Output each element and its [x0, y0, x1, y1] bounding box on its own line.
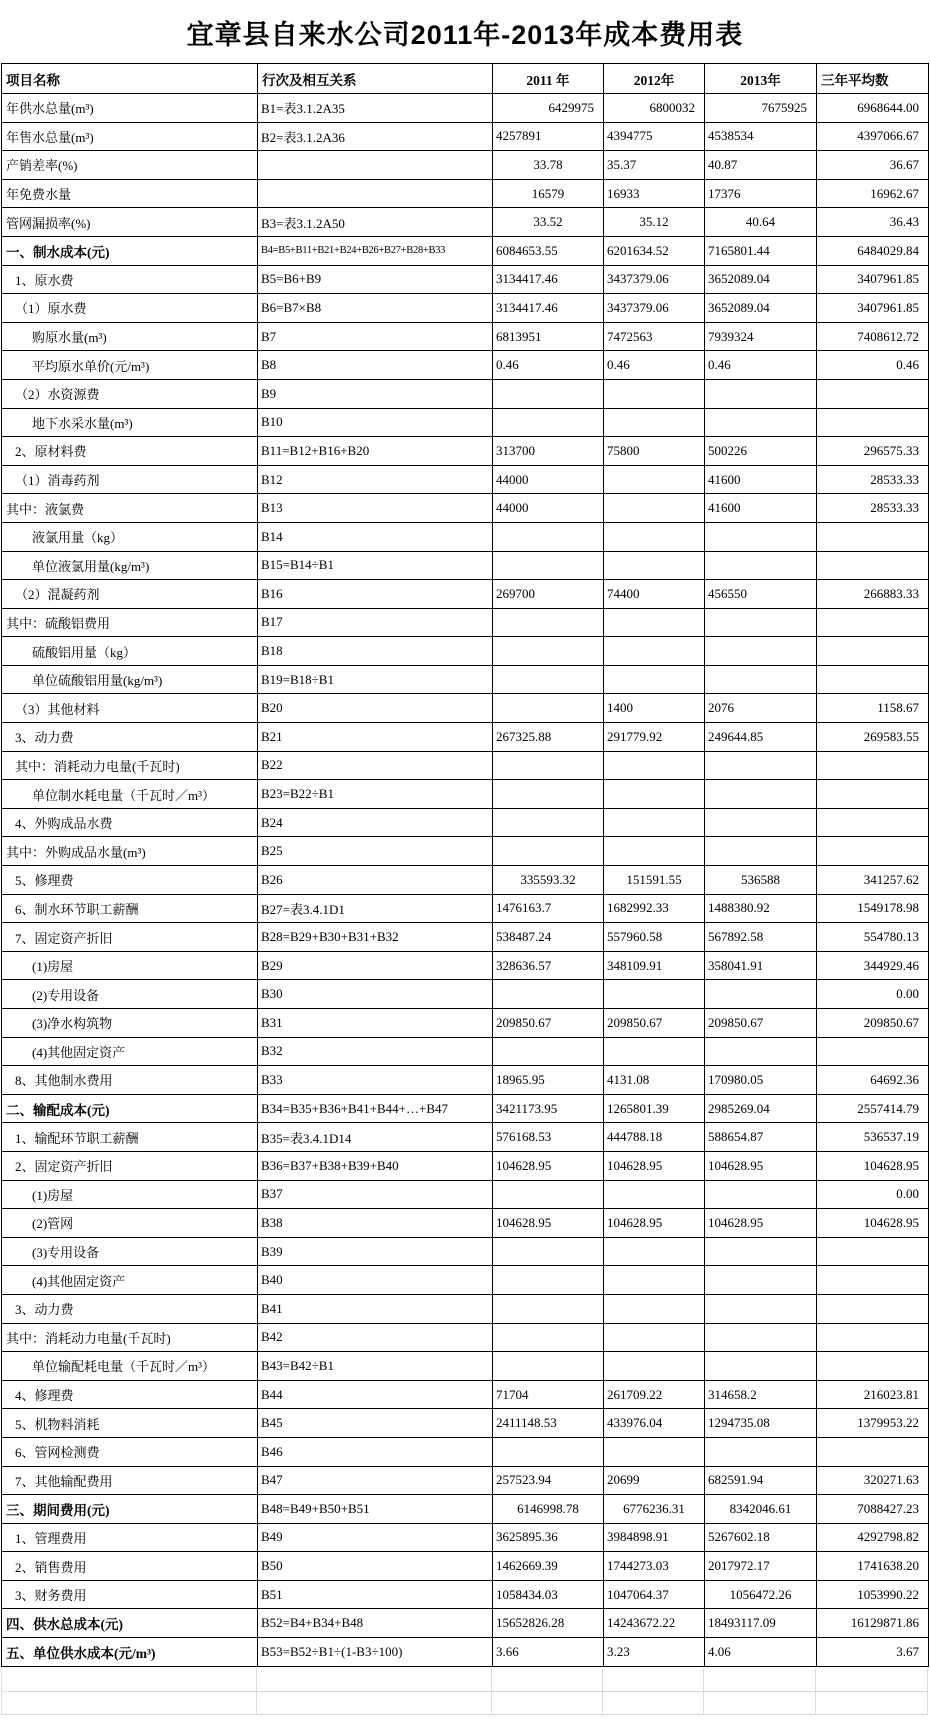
table-row: 2、销售费用B501462669.391744273.032017972.171…: [2, 1552, 929, 1581]
formula-cell: B36=B37+B38+B39+B40: [258, 1151, 493, 1180]
item-name-cell: (1)房屋: [2, 951, 258, 980]
value-2011-cell: 335593.32: [493, 866, 604, 895]
value-2012-cell: 291779.92: [604, 723, 705, 752]
formula-cell: B40: [258, 1266, 493, 1295]
formula-cell: B2=表3.1.2A36: [258, 122, 493, 151]
value-2011-cell: [493, 665, 604, 694]
value-2012-cell: [604, 665, 705, 694]
value-2011-cell: 313700: [493, 437, 604, 466]
table-row: 4、修理费B4471704261709.22314658.2216023.81: [2, 1380, 929, 1409]
average-cell: 7408612.72: [817, 322, 929, 351]
item-name-cell: 单位液氯用量(kg/m³): [2, 551, 258, 580]
value-2011-cell: 538487.24: [493, 923, 604, 952]
formula-cell: B13: [258, 494, 493, 523]
average-cell: 1741638.20: [817, 1552, 929, 1581]
value-2013-cell: 3652089.04: [705, 265, 817, 294]
formula-cell: B53=B52÷B1÷(1-B3÷100): [258, 1638, 493, 1667]
formula-cell: B6=B7×B8: [258, 294, 493, 323]
table-row: 其中：液氯费B13440004160028533.33: [2, 494, 929, 523]
value-2012-cell: [604, 1437, 705, 1466]
average-cell: [817, 1437, 929, 1466]
table-row: 三、期间费用(元)B48=B49+B50+B516146998.78677623…: [2, 1495, 929, 1524]
formula-cell: B27=表3.4.1D1: [258, 894, 493, 923]
value-2012-cell: 75800: [604, 437, 705, 466]
formula-cell: [258, 179, 493, 208]
item-name-cell: 3、动力费: [2, 723, 258, 752]
formula-cell: B48=B49+B50+B51: [258, 1495, 493, 1524]
value-2012-cell: 444788.18: [604, 1123, 705, 1152]
table-row: 1、原水费B5=B6+B93134417.463437379.063652089…: [2, 265, 929, 294]
average-cell: 269583.55: [817, 723, 929, 752]
value-2013-cell: [705, 408, 817, 437]
value-2012-cell: 6800032: [604, 94, 705, 123]
empty-cell: [1, 1669, 257, 1692]
value-2011-cell: [493, 1437, 604, 1466]
average-cell: 64692.36: [817, 1066, 929, 1095]
value-2013-cell: 314658.2: [705, 1380, 817, 1409]
empty-cell: [257, 1669, 492, 1692]
formula-cell: B23=B22÷B1: [258, 780, 493, 809]
table-row: 6、制水环节职工薪酬B27=表3.4.1D11476163.71682992.3…: [2, 894, 929, 923]
value-2011-cell: [493, 608, 604, 637]
column-header: 2013年: [705, 64, 817, 94]
average-cell: 36.43: [817, 208, 929, 237]
formula-cell: B35=表3.4.1D14: [258, 1123, 493, 1152]
item-name-cell: 2、固定资产折旧: [2, 1151, 258, 1180]
value-2013-cell: 8342046.61: [705, 1495, 817, 1524]
formula-cell: B10: [258, 408, 493, 437]
empty-cell: [257, 1692, 492, 1715]
empty-row: [1, 1692, 928, 1715]
table-row: 7、固定资产折旧B28=B29+B30+B31+B32538487.245579…: [2, 923, 929, 952]
value-2013-cell: 40.87: [705, 151, 817, 180]
value-2011-cell: 1058434.03: [493, 1580, 604, 1609]
formula-cell: B14: [258, 522, 493, 551]
table-row: 1、管理费用B493625895.363984898.915267602.184…: [2, 1523, 929, 1552]
value-2012-cell: 151591.55: [604, 866, 705, 895]
value-2012-cell: 4394775: [604, 122, 705, 151]
empty-grid-rows: [1, 1669, 928, 1715]
average-cell: [817, 780, 929, 809]
value-2012-cell: 0.46: [604, 351, 705, 380]
value-2013-cell: 358041.91: [705, 951, 817, 980]
value-2011-cell: 4257891: [493, 122, 604, 151]
value-2012-cell: 6776236.31: [604, 1495, 705, 1524]
average-cell: 6484029.84: [817, 236, 929, 265]
average-cell: 36.67: [817, 151, 929, 180]
item-name-cell: 单位制水耗电量（千瓦时／m³）: [2, 780, 258, 809]
value-2013-cell: [705, 379, 817, 408]
empty-cell: [492, 1669, 603, 1692]
value-2013-cell: [705, 1037, 817, 1066]
value-2013-cell: 41600: [705, 465, 817, 494]
value-2011-cell: [493, 637, 604, 666]
formula-cell: B29: [258, 951, 493, 980]
value-2012-cell: 74400: [604, 580, 705, 609]
average-cell: [817, 522, 929, 551]
formula-cell: B42: [258, 1323, 493, 1352]
item-name-cell: 平均原水单价(元/m³): [2, 351, 258, 380]
table-row: 8、其他制水费用B3318965.954131.08170980.0564692…: [2, 1066, 929, 1095]
average-cell: 209850.67: [817, 1009, 929, 1038]
value-2011-cell: 328636.57: [493, 951, 604, 980]
average-cell: [817, 1266, 929, 1295]
item-name-cell: (1)房屋: [2, 1180, 258, 1209]
table-row: (4)其他固定资产B32: [2, 1037, 929, 1066]
value-2012-cell: [604, 1237, 705, 1266]
table-row: (4)其他固定资产B40: [2, 1266, 929, 1295]
average-cell: 554780.13: [817, 923, 929, 952]
item-name-cell: 五、单位供水成本(元/m³): [2, 1638, 258, 1667]
formula-cell: [258, 151, 493, 180]
value-2011-cell: 6084653.55: [493, 236, 604, 265]
item-name-cell: 3、动力费: [2, 1294, 258, 1323]
value-2013-cell: 5267602.18: [705, 1523, 817, 1552]
table-row: 单位硫酸铝用量(kg/m³)B19=B18÷B1: [2, 665, 929, 694]
value-2011-cell: 3421173.95: [493, 1094, 604, 1123]
formula-cell: B1=表3.1.2A35: [258, 94, 493, 123]
value-2013-cell: [705, 637, 817, 666]
value-2011-cell: 3625895.36: [493, 1523, 604, 1552]
item-name-cell: 四、供水总成本(元): [2, 1609, 258, 1638]
average-cell: [817, 1323, 929, 1352]
value-2011-cell: 6813951: [493, 322, 604, 351]
item-name-cell: 年售水总量(m³): [2, 122, 258, 151]
average-cell: [817, 1352, 929, 1381]
value-2013-cell: [705, 780, 817, 809]
table-row: (3)专用设备B39: [2, 1237, 929, 1266]
value-2013-cell: 3652089.04: [705, 294, 817, 323]
table-row: 其中：硫酸铝费用B17: [2, 608, 929, 637]
empty-cell: [704, 1669, 816, 1692]
table-row: 年免费水量16579169331737616962.67: [2, 179, 929, 208]
formula-cell: B41: [258, 1294, 493, 1323]
average-cell: 1053990.22: [817, 1580, 929, 1609]
formula-cell: B7: [258, 322, 493, 351]
average-cell: 3407961.85: [817, 294, 929, 323]
formula-cell: B19=B18÷B1: [258, 665, 493, 694]
value-2013-cell: 17376: [705, 179, 817, 208]
value-2011-cell: [493, 522, 604, 551]
value-2011-cell: [493, 837, 604, 866]
table-row: (2)管网B38104628.95104628.95104628.9510462…: [2, 1209, 929, 1238]
value-2011-cell: [493, 408, 604, 437]
item-name-cell: 三、期间费用(元): [2, 1495, 258, 1524]
header-row: 项目名称行次及相互关系2011 年2012年2013年三年平均数: [2, 64, 929, 94]
formula-cell: B45: [258, 1409, 493, 1438]
value-2011-cell: 16579: [493, 179, 604, 208]
value-2012-cell: [604, 1266, 705, 1295]
item-name-cell: 单位硫酸铝用量(kg/m³): [2, 665, 258, 694]
average-cell: 341257.62: [817, 866, 929, 895]
table-row: （3）其他材料B20140020761158.67: [2, 694, 929, 723]
table-row: 一、制水成本(元)B4=B5+B11+B21+B24+B26+B27+B28+B…: [2, 236, 929, 265]
table-row: (1)房屋B370.00: [2, 1180, 929, 1209]
formula-cell: B12: [258, 465, 493, 494]
empty-cell: [704, 1692, 816, 1715]
item-name-cell: 地下水采水量(m³): [2, 408, 258, 437]
value-2012-cell: 209850.67: [604, 1009, 705, 1038]
table-row: 5、机物料消耗B452411148.53433976.041294735.081…: [2, 1409, 929, 1438]
table-row: 单位输配耗电量（千瓦时／m³）B43=B42÷B1: [2, 1352, 929, 1381]
column-header: 三年平均数: [817, 64, 929, 94]
table-row: （2）混凝药剂B1626970074400456550266883.33: [2, 580, 929, 609]
item-name-cell: 其中：外购成品水量(m³): [2, 837, 258, 866]
value-2012-cell: [604, 1294, 705, 1323]
item-name-cell: （2）水资源费: [2, 379, 258, 408]
item-name-cell: 二、输配成本(元): [2, 1094, 258, 1123]
value-2011-cell: 1476163.7: [493, 894, 604, 923]
table-row: 年供水总量(m³)B1=表3.1.2A356429975680003276759…: [2, 94, 929, 123]
value-2013-cell: [705, 1180, 817, 1209]
item-name-cell: 1、原水费: [2, 265, 258, 294]
value-2011-cell: [493, 808, 604, 837]
item-name-cell: 2、销售费用: [2, 1552, 258, 1581]
formula-cell: B44: [258, 1380, 493, 1409]
formula-cell: B5=B6+B9: [258, 265, 493, 294]
average-cell: 0.00: [817, 1180, 929, 1209]
average-cell: 3.67: [817, 1638, 929, 1667]
value-2013-cell: [705, 1294, 817, 1323]
average-cell: 4292798.82: [817, 1523, 929, 1552]
value-2012-cell: 557960.58: [604, 923, 705, 952]
value-2013-cell: 500226: [705, 437, 817, 466]
average-cell: [817, 637, 929, 666]
value-2013-cell: 7675925: [705, 94, 817, 123]
value-2011-cell: [493, 1237, 604, 1266]
value-2013-cell: [705, 751, 817, 780]
table-row: 二、输配成本(元)B34=B35+B36+B41+B44+…+B47342117…: [2, 1094, 929, 1123]
empty-cell: [1, 1692, 257, 1715]
table-row: 3、财务费用B511058434.031047064.371056472.261…: [2, 1580, 929, 1609]
item-name-cell: 液氯用量（kg）: [2, 522, 258, 551]
item-name-cell: 产销差率(%): [2, 151, 258, 180]
table-row: 3、动力费B21267325.88291779.92249644.8526958…: [2, 723, 929, 752]
item-name-cell: 6、管网检测费: [2, 1437, 258, 1466]
formula-cell: B9: [258, 379, 493, 408]
average-cell: 1379953.22: [817, 1409, 929, 1438]
value-2012-cell: [604, 751, 705, 780]
value-2013-cell: [705, 837, 817, 866]
value-2012-cell: 4131.08: [604, 1066, 705, 1095]
table-row: (2)专用设备B300.00: [2, 980, 929, 1009]
average-cell: 2557414.79: [817, 1094, 929, 1123]
value-2011-cell: 6146998.78: [493, 1495, 604, 1524]
item-name-cell: 1、输配环节职工薪酬: [2, 1123, 258, 1152]
value-2011-cell: [493, 379, 604, 408]
value-2013-cell: [705, 608, 817, 637]
value-2011-cell: 3134417.46: [493, 265, 604, 294]
average-cell: [817, 408, 929, 437]
value-2012-cell: 35.12: [604, 208, 705, 237]
value-2011-cell: 257523.94: [493, 1466, 604, 1495]
value-2012-cell: 104628.95: [604, 1151, 705, 1180]
average-cell: 296575.33: [817, 437, 929, 466]
table-row: 液氯用量（kg）B14: [2, 522, 929, 551]
table-row: 地下水采水量(m³)B10: [2, 408, 929, 437]
table-row: 3、动力费B41: [2, 1294, 929, 1323]
value-2013-cell: 104628.95: [705, 1209, 817, 1238]
value-2011-cell: 1462669.39: [493, 1552, 604, 1581]
value-2012-cell: 20699: [604, 1466, 705, 1495]
value-2011-cell: 0.46: [493, 351, 604, 380]
value-2011-cell: 6429975: [493, 94, 604, 123]
value-2012-cell: [604, 837, 705, 866]
value-2013-cell: [705, 980, 817, 1009]
average-cell: [817, 1037, 929, 1066]
value-2012-cell: [604, 379, 705, 408]
value-2013-cell: 18493117.09: [705, 1609, 817, 1638]
average-cell: 6968644.00: [817, 94, 929, 123]
value-2012-cell: 104628.95: [604, 1209, 705, 1238]
value-2012-cell: 1400: [604, 694, 705, 723]
value-2012-cell: [604, 980, 705, 1009]
value-2011-cell: 2411148.53: [493, 1409, 604, 1438]
value-2013-cell: [705, 1323, 817, 1352]
average-cell: 344929.46: [817, 951, 929, 980]
formula-cell: B33: [258, 1066, 493, 1095]
value-2013-cell: [705, 665, 817, 694]
table-row: 四、供水总成本(元)B52=B4+B34+B4815652826.2814243…: [2, 1609, 929, 1638]
item-name-cell: 4、修理费: [2, 1380, 258, 1409]
value-2011-cell: 3134417.46: [493, 294, 604, 323]
value-2013-cell: 7939324: [705, 322, 817, 351]
formula-cell: B39: [258, 1237, 493, 1266]
empty-cell: [816, 1669, 928, 1692]
average-cell: 16962.67: [817, 179, 929, 208]
value-2013-cell: 2985269.04: [705, 1094, 817, 1123]
average-cell: 536537.19: [817, 1123, 929, 1152]
average-cell: 0.00: [817, 980, 929, 1009]
average-cell: 28533.33: [817, 494, 929, 523]
average-cell: [817, 1294, 929, 1323]
table-row: 单位制水耗电量（千瓦时／m³）B23=B22÷B1: [2, 780, 929, 809]
average-cell: 104628.95: [817, 1209, 929, 1238]
value-2013-cell: 104628.95: [705, 1151, 817, 1180]
value-2013-cell: 41600: [705, 494, 817, 523]
table-row: 1、输配环节职工薪酬B35=表3.4.1D14576168.53444788.1…: [2, 1123, 929, 1152]
average-cell: 1158.67: [817, 694, 929, 723]
value-2011-cell: [493, 1180, 604, 1209]
item-name-cell: 8、其他制水费用: [2, 1066, 258, 1095]
item-name-cell: 5、机物料消耗: [2, 1409, 258, 1438]
item-name-cell: 7、固定资产折旧: [2, 923, 258, 952]
item-name-cell: 2、原材料费: [2, 437, 258, 466]
average-cell: 16129871.86: [817, 1609, 929, 1638]
average-cell: 266883.33: [817, 580, 929, 609]
cost-table: 项目名称行次及相互关系2011 年2012年2013年三年平均数 年供水总量(m…: [1, 63, 929, 1667]
value-2013-cell: 682591.94: [705, 1466, 817, 1495]
average-cell: [817, 665, 929, 694]
page-title: 宜章县自来水公司2011年-2013年成本费用表: [0, 0, 930, 63]
value-2011-cell: 33.78: [493, 151, 604, 180]
formula-cell: B43=B42÷B1: [258, 1352, 493, 1381]
value-2012-cell: 35.37: [604, 151, 705, 180]
value-2011-cell: 104628.95: [493, 1209, 604, 1238]
formula-cell: B17: [258, 608, 493, 637]
value-2012-cell: [604, 1180, 705, 1209]
formula-cell: B50: [258, 1552, 493, 1581]
item-name-cell: 一、制水成本(元): [2, 236, 258, 265]
formula-cell: B34=B35+B36+B41+B44+…+B47: [258, 1094, 493, 1123]
value-2011-cell: 15652826.28: [493, 1609, 604, 1638]
empty-cell: [492, 1692, 603, 1715]
value-2012-cell: [604, 408, 705, 437]
formula-cell: B15=B14÷B1: [258, 551, 493, 580]
table-row: 单位液氯用量(kg/m³)B15=B14÷B1: [2, 551, 929, 580]
value-2012-cell: 261709.22: [604, 1380, 705, 1409]
table-row: (3)净水构筑物B31209850.67209850.67209850.6720…: [2, 1009, 929, 1038]
value-2012-cell: [604, 465, 705, 494]
item-name-cell: (4)其他固定资产: [2, 1037, 258, 1066]
value-2013-cell: 249644.85: [705, 723, 817, 752]
value-2012-cell: [604, 808, 705, 837]
column-header: 2012年: [604, 64, 705, 94]
value-2011-cell: 3.66: [493, 1638, 604, 1667]
formula-cell: B24: [258, 808, 493, 837]
empty-cell: [816, 1692, 928, 1715]
table-row: 产销差率(%)33.7835.3740.8736.67: [2, 151, 929, 180]
item-name-cell: 6、制水环节职工薪酬: [2, 894, 258, 923]
value-2013-cell: [705, 1237, 817, 1266]
table-row: 其中：消耗动力电量(千瓦时)B42: [2, 1323, 929, 1352]
table-row: 7、其他输配费用B47257523.9420699682591.94320271…: [2, 1466, 929, 1495]
table-row: （1）原水费B6=B7×B83134417.463437379.06365208…: [2, 294, 929, 323]
value-2011-cell: 269700: [493, 580, 604, 609]
table-row: 硫酸铝用量（kg）B18: [2, 637, 929, 666]
value-2011-cell: 33.52: [493, 208, 604, 237]
formula-cell: B4=B5+B11+B21+B24+B26+B27+B28+B33: [258, 236, 493, 265]
column-header: 行次及相互关系: [258, 64, 493, 94]
value-2013-cell: 1294735.08: [705, 1409, 817, 1438]
value-2013-cell: 170980.05: [705, 1066, 817, 1095]
value-2011-cell: [493, 1266, 604, 1295]
formula-cell: B30: [258, 980, 493, 1009]
value-2012-cell: 16933: [604, 179, 705, 208]
value-2012-cell: 3.23: [604, 1638, 705, 1667]
value-2011-cell: [493, 694, 604, 723]
value-2013-cell: 1488380.92: [705, 894, 817, 923]
average-cell: [817, 751, 929, 780]
value-2011-cell: 18965.95: [493, 1066, 604, 1095]
average-cell: 3407961.85: [817, 265, 929, 294]
item-name-cell: (2)管网: [2, 1209, 258, 1238]
table-row: 2、固定资产折旧B36=B37+B38+B39+B40104628.951046…: [2, 1151, 929, 1180]
value-2011-cell: [493, 980, 604, 1009]
empty-cell: [603, 1669, 704, 1692]
table-row: 4、外购成品水费B24: [2, 808, 929, 837]
item-name-cell: 购原水量(m³): [2, 322, 258, 351]
formula-cell: B37: [258, 1180, 493, 1209]
value-2013-cell: 209850.67: [705, 1009, 817, 1038]
value-2012-cell: 3984898.91: [604, 1523, 705, 1552]
value-2013-cell: [705, 808, 817, 837]
value-2013-cell: 4.06: [705, 1638, 817, 1667]
item-name-cell: (3)专用设备: [2, 1237, 258, 1266]
table-body: 年供水总量(m³)B1=表3.1.2A356429975680003276759…: [2, 94, 929, 1667]
table-row: 年售水总量(m³)B2=表3.1.2A364257891439477545385…: [2, 122, 929, 151]
table-row: (1)房屋B29328636.57348109.91358041.9134492…: [2, 951, 929, 980]
item-name-cell: 其中：消耗动力电量(千瓦时): [2, 1323, 258, 1352]
item-name-cell: （3）其他材料: [2, 694, 258, 723]
value-2013-cell: [705, 1352, 817, 1381]
empty-cell: [603, 1692, 704, 1715]
value-2011-cell: [493, 1294, 604, 1323]
formula-cell: B52=B4+B34+B48: [258, 1609, 493, 1638]
table-row: （1）消毒药剂B12440004160028533.33: [2, 465, 929, 494]
value-2012-cell: 7472563: [604, 322, 705, 351]
value-2011-cell: [493, 1352, 604, 1381]
